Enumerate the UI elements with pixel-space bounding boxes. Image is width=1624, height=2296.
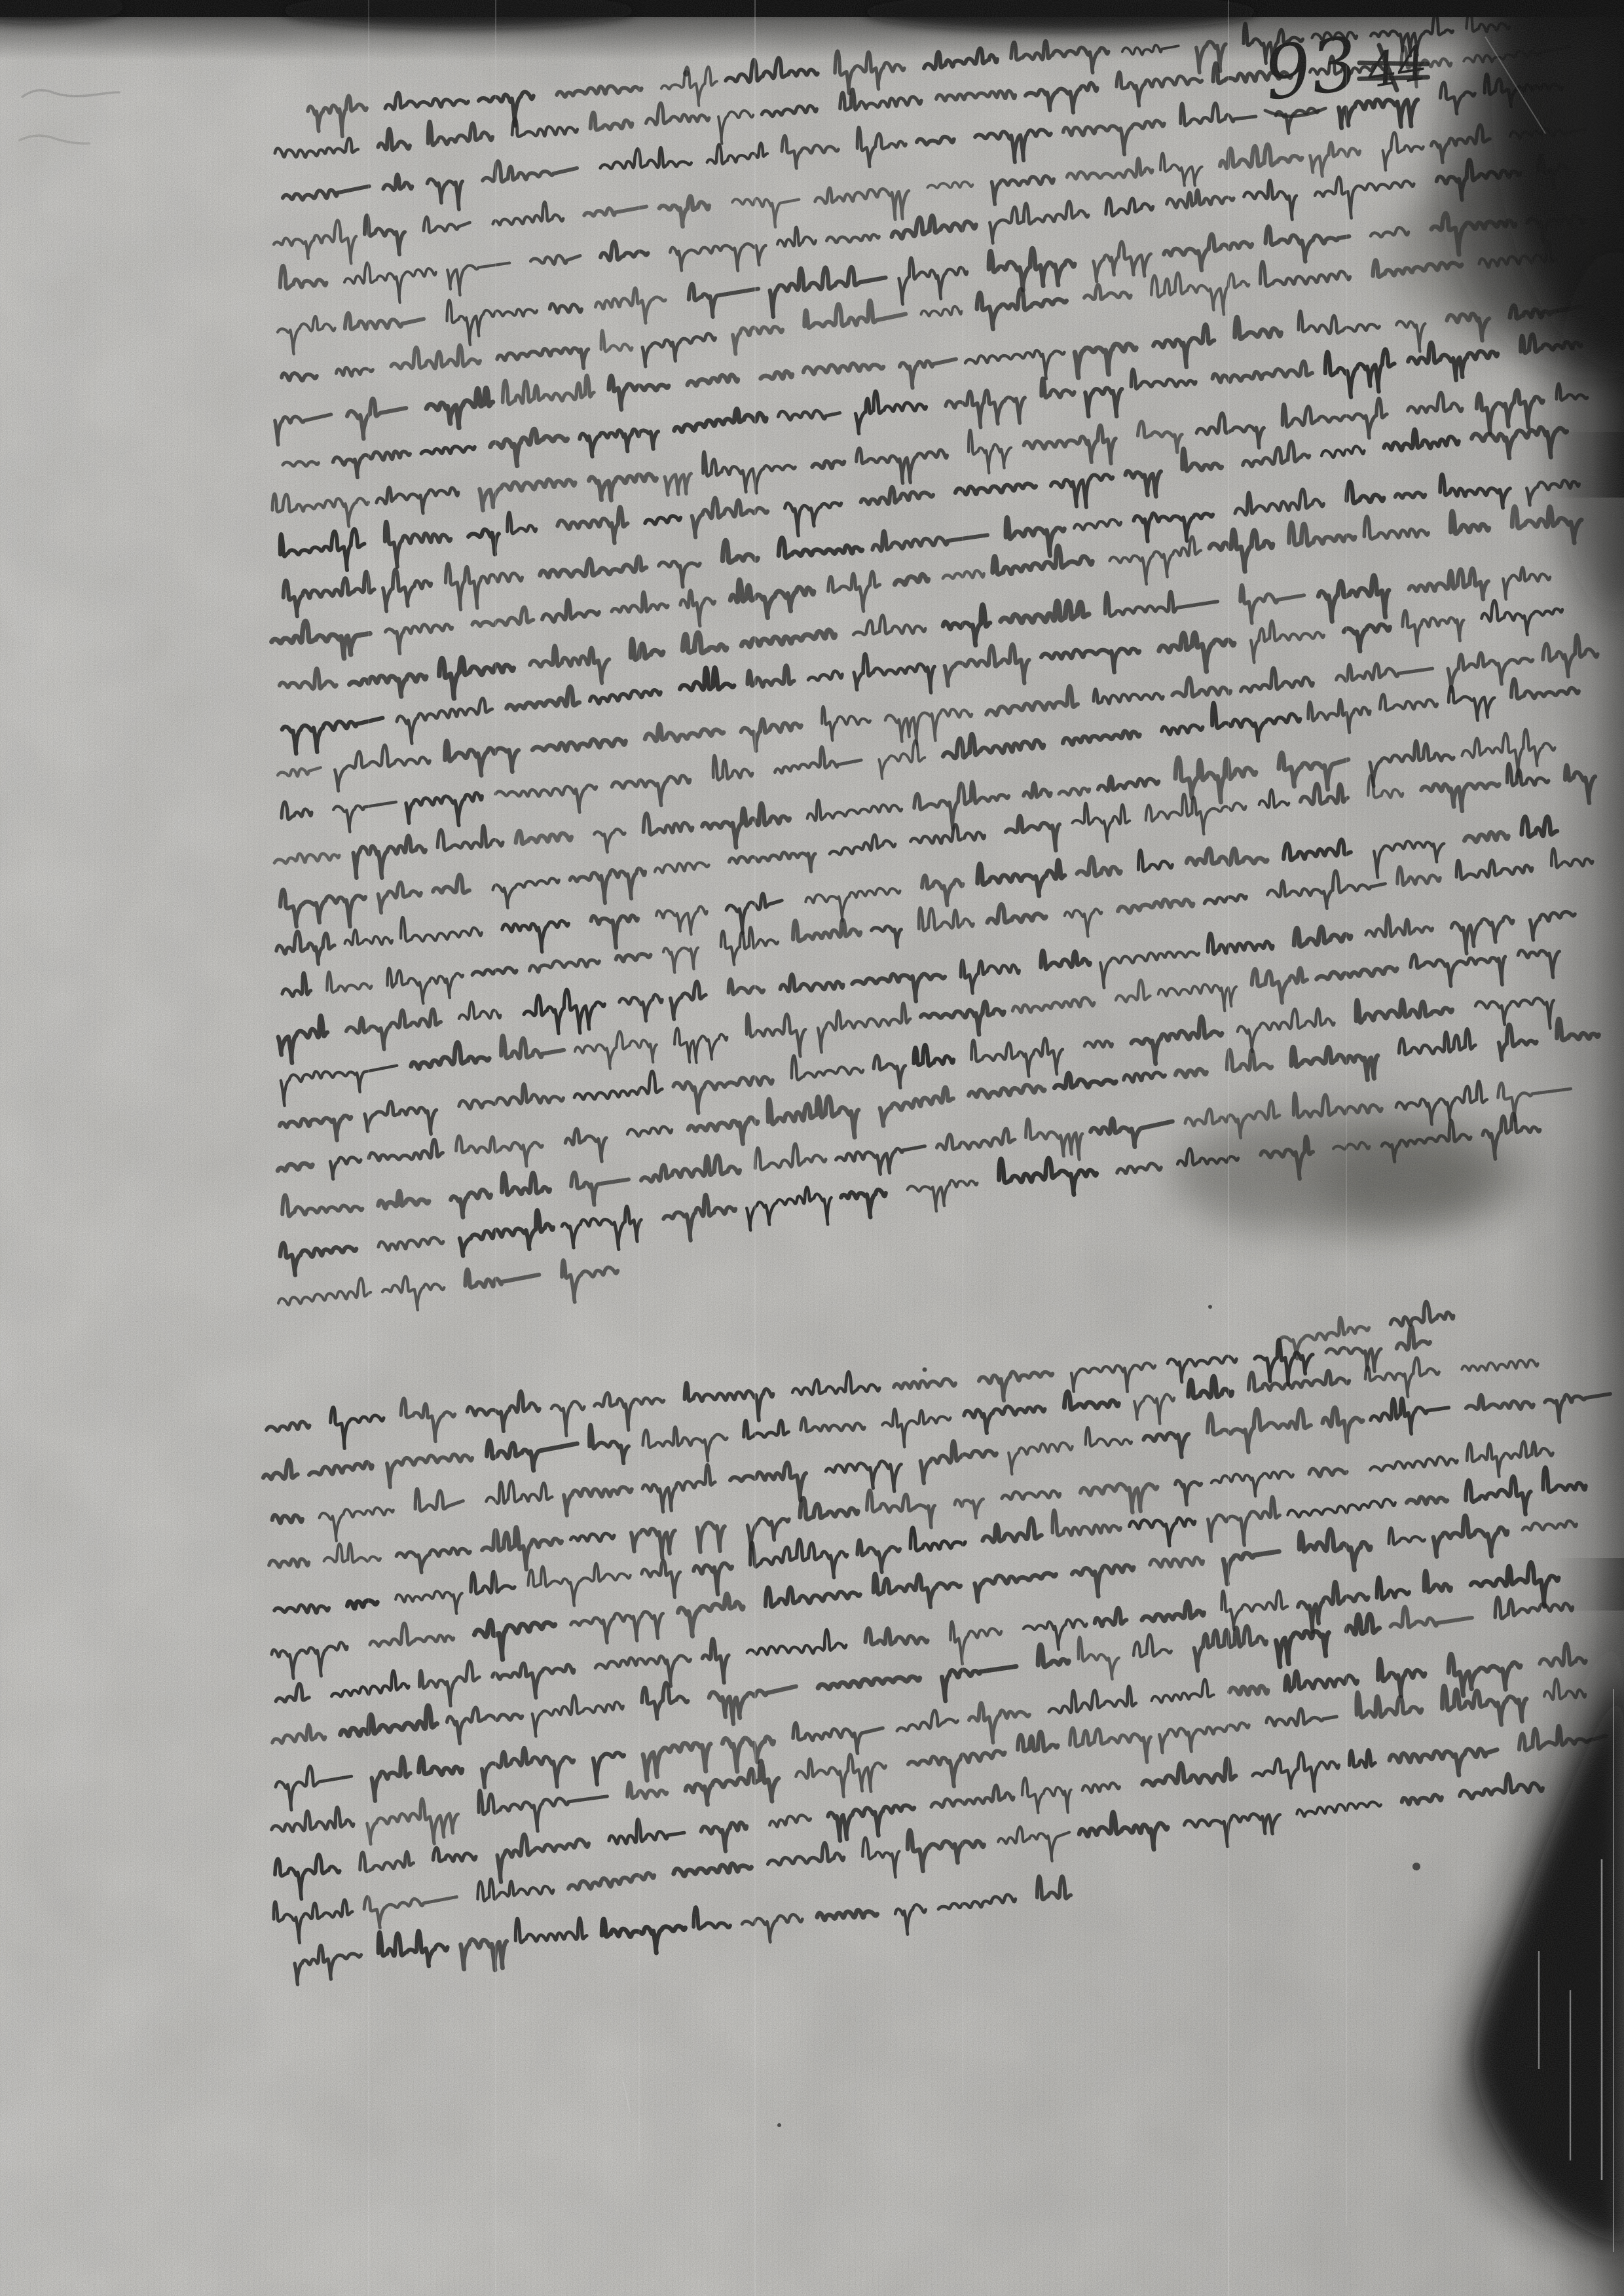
film-grain-white <box>0 0 1624 2296</box>
manuscript-page: 93 44 <box>0 0 1624 2296</box>
manuscript-canvas: 93 44 <box>0 0 1624 2296</box>
